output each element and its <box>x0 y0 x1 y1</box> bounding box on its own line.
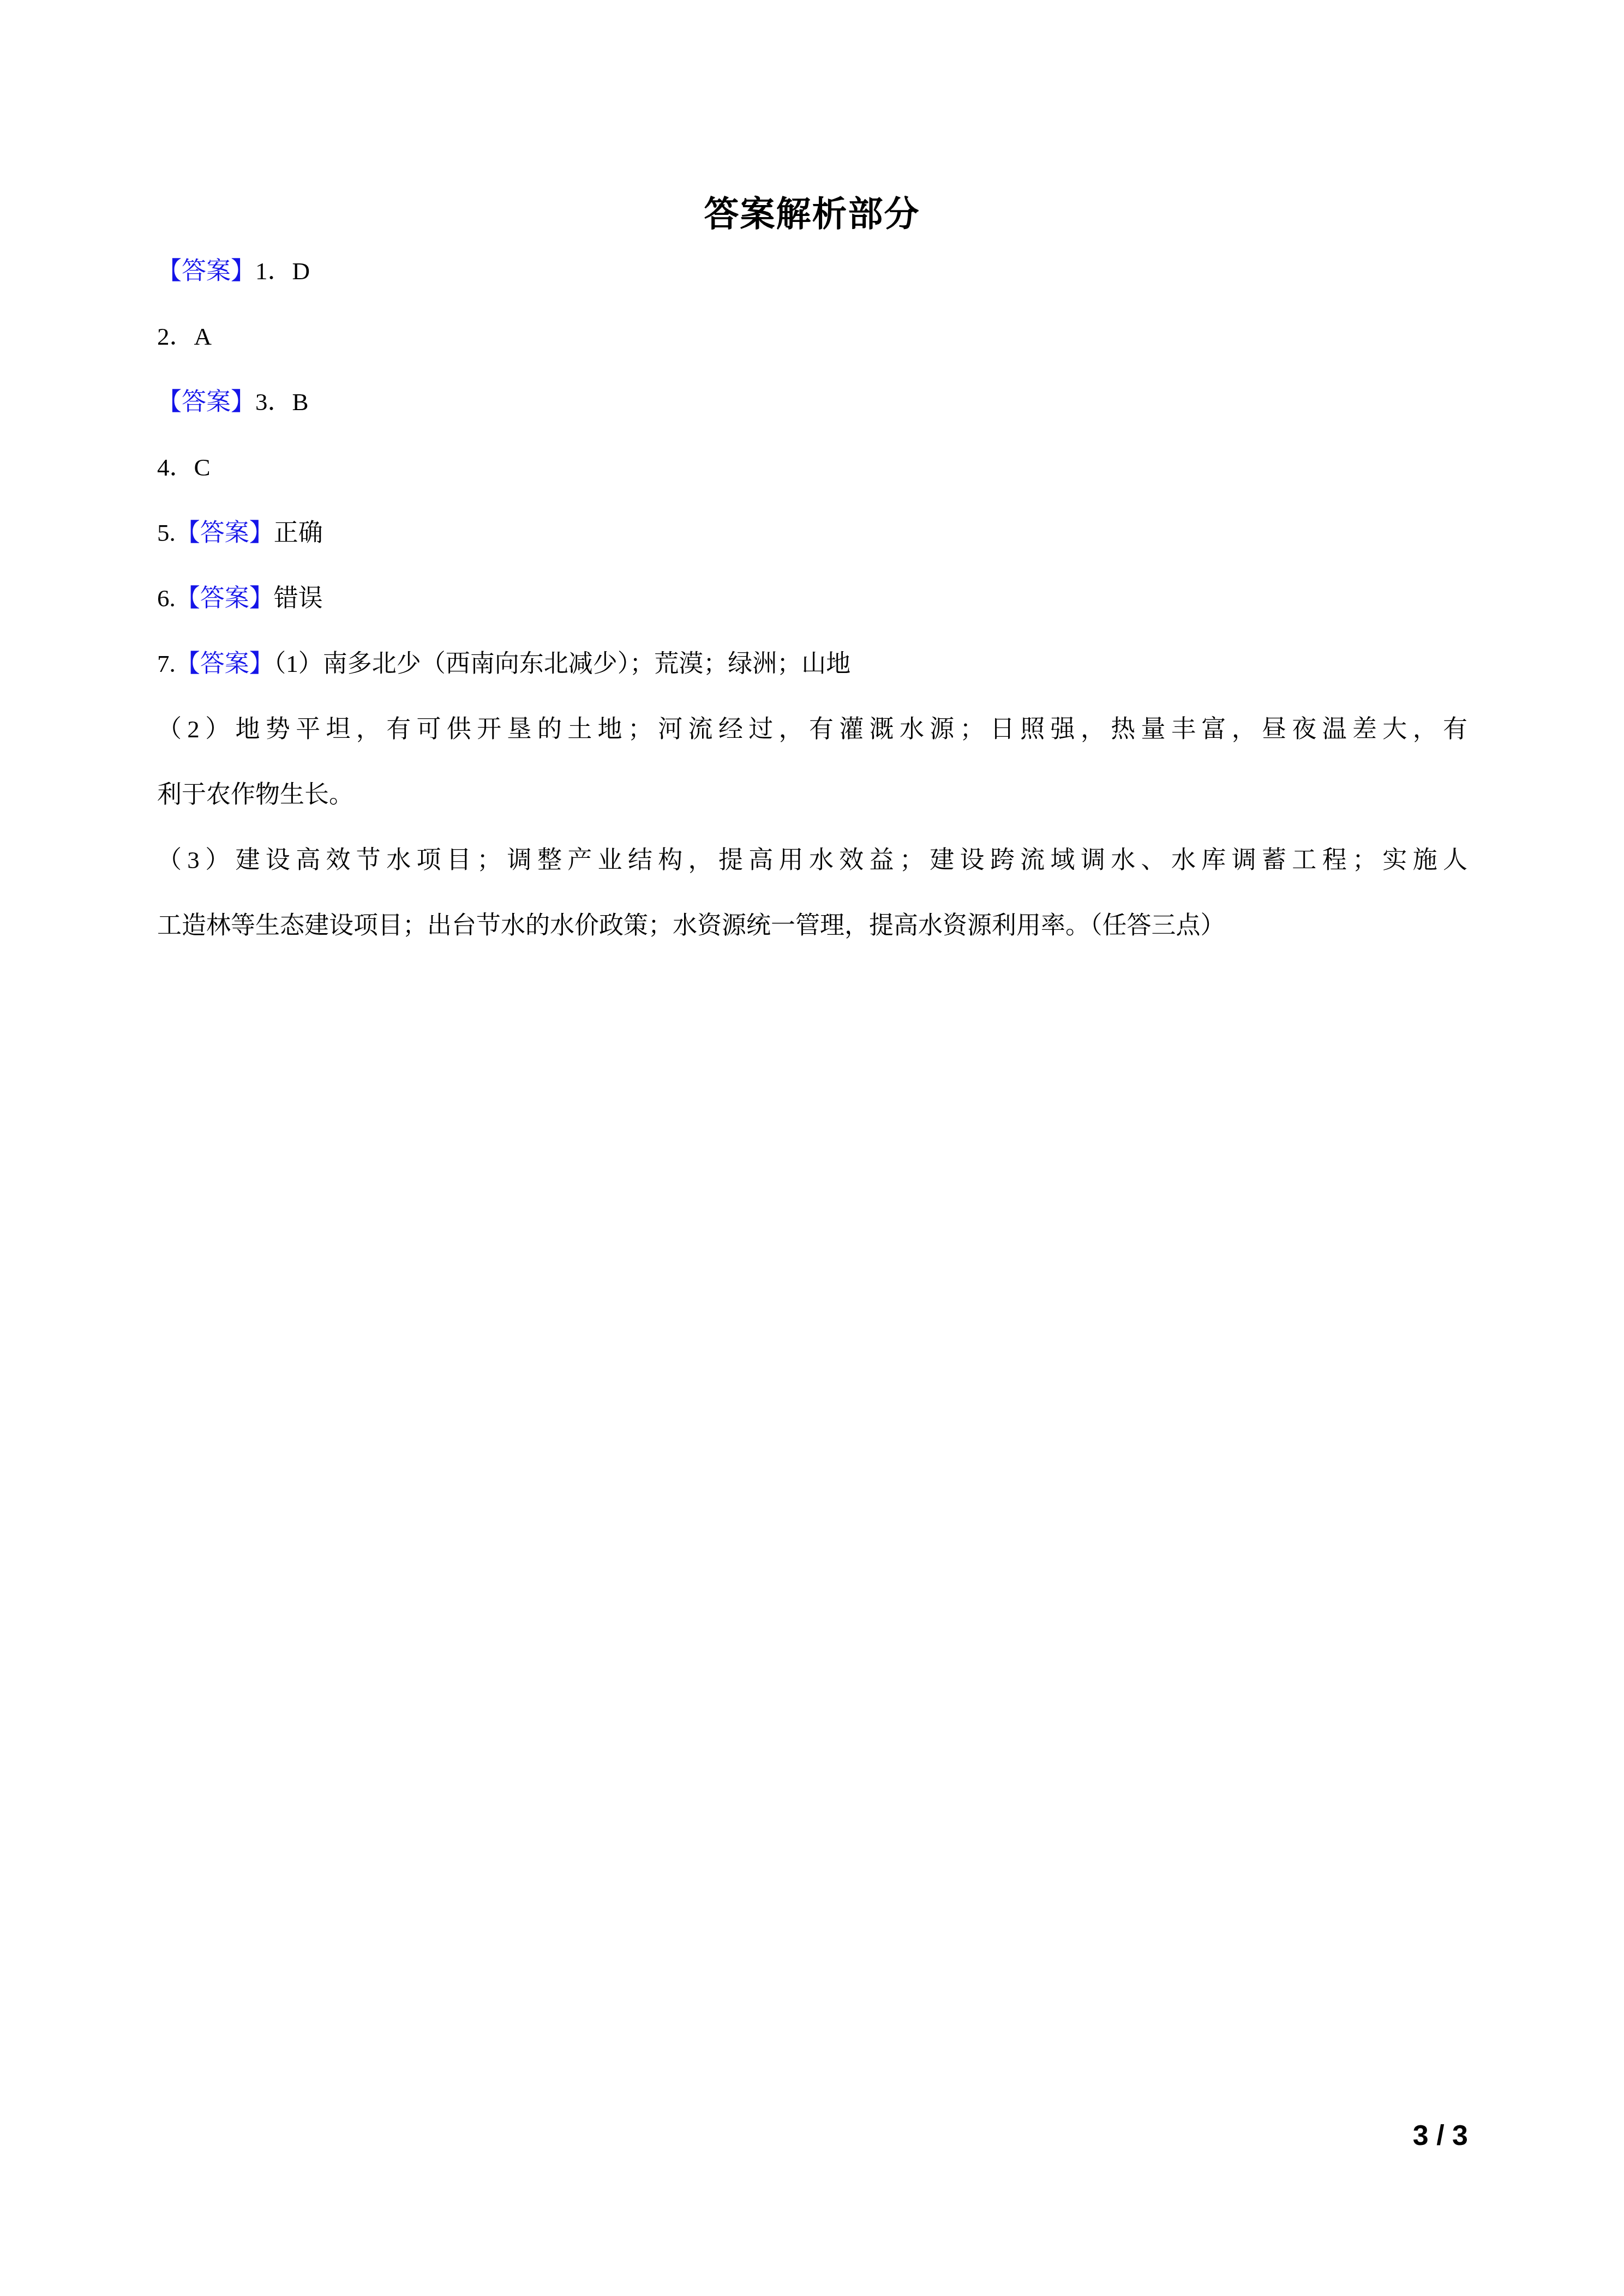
answer-number: 6. <box>157 585 176 612</box>
answer-text: 1．D <box>255 257 310 285</box>
answer-line: 利于农作物生长。 <box>157 762 1467 827</box>
answer-text: 2．A <box>157 323 212 350</box>
answer-text: 4．C <box>157 454 211 481</box>
answer-text: 正确 <box>274 519 323 546</box>
document-page: { "page": { "title": "答案解析部分", "footer_p… <box>0 0 1624 2296</box>
answer-number: 7. <box>157 650 176 677</box>
answers-section: 【答案】1．D 2．A 【答案】3．B 4．C 5.【答案】正确 6.【答案】错… <box>157 238 1467 958</box>
answer-line: 6.【答案】错误 <box>157 566 1467 631</box>
answer-number: 5. <box>157 519 176 546</box>
answer-tag: 【答案】 <box>176 650 274 677</box>
answer-text: 利于农作物生长。 <box>157 781 353 808</box>
answer-line: 工造林等生态建设项目；出台节水的水价政策；水资源统一管理，提高水资源利用率。（任… <box>157 893 1467 958</box>
answer-tag: 【答案】 <box>176 585 274 612</box>
answer-line: 【答案】1．D <box>157 238 1467 304</box>
answer-tag: 【答案】 <box>157 257 255 285</box>
page-title: 答案解析部分 <box>0 189 1624 238</box>
answer-tag: 【答案】 <box>157 388 255 416</box>
answer-line: 7.【答案】（1）南多北少（西南向东北减少）；荒漠；绿洲；山地 <box>157 631 1467 696</box>
answer-line: 5.【答案】正确 <box>157 500 1467 566</box>
answer-text: 3．B <box>255 388 309 416</box>
page-number-indicator: 3 / 3 <box>1413 2119 1468 2152</box>
answer-tag: 【答案】 <box>176 519 274 546</box>
answer-text: 工造林等生态建设项目；出台节水的水价政策；水资源统一管理，提高水资源利用率。（任… <box>157 912 1225 939</box>
answer-line: （2）地势平坦，有可供开垦的土地；河流经过，有灌溉水源；日照强，热量丰富，昼夜温… <box>157 696 1467 762</box>
answer-line: 4．C <box>157 435 1467 500</box>
answer-text: 错误 <box>274 585 323 612</box>
answer-line: 【答案】3．B <box>157 369 1467 435</box>
answer-line: （3）建设高效节水项目；调整产业结构，提高用水效益；建设跨流域调水、水库调蓄工程… <box>157 827 1467 893</box>
answer-text: （3）建设高效节水项目；调整产业结构，提高用水效益；建设跨流域调水、水库调蓄工程… <box>157 846 1467 874</box>
answer-line: 2．A <box>157 304 1467 369</box>
answer-text: （2）地势平坦，有可供开垦的土地；河流经过，有灌溉水源；日照强，热量丰富，昼夜温… <box>157 716 1467 743</box>
answer-text: （1）南多北少（西南向东北减少）；荒漠；绿洲；山地 <box>274 650 851 677</box>
